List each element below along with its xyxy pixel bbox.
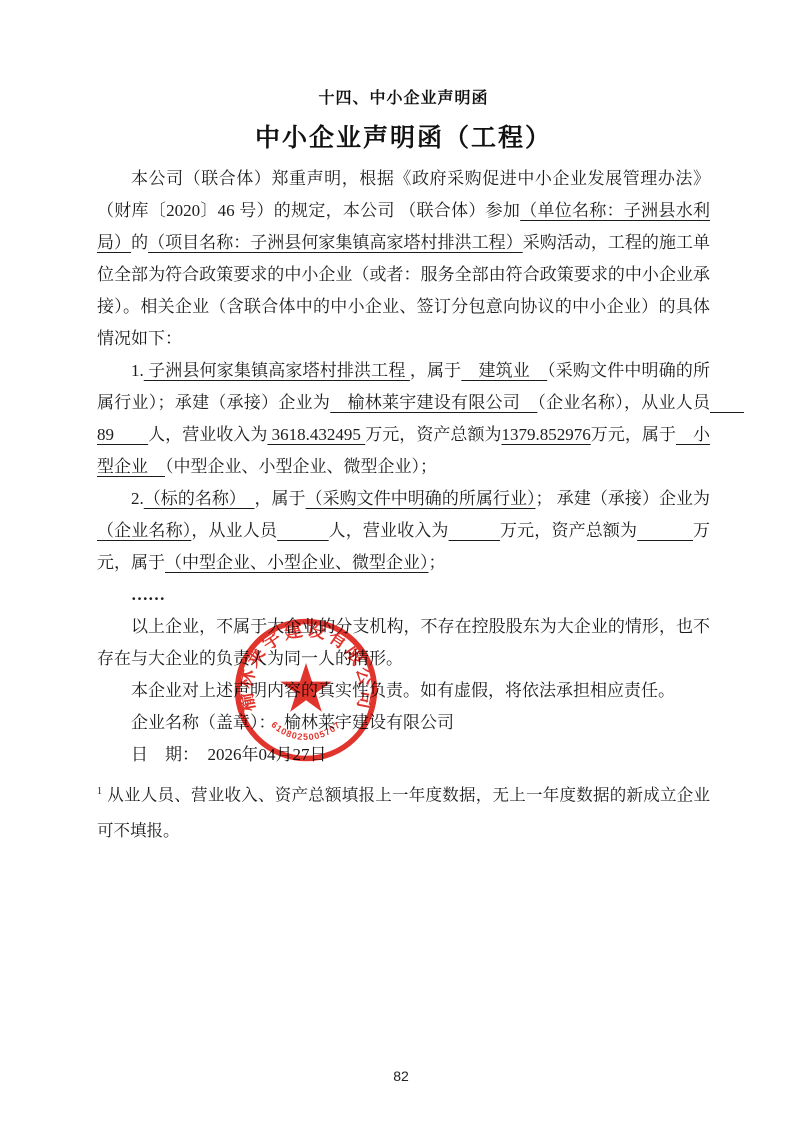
text-run: ；	[429, 553, 446, 572]
text-run: ，属于	[255, 489, 306, 508]
text-run: 的	[131, 233, 148, 252]
footnote-marker: 1	[97, 786, 102, 797]
filled-blank	[637, 521, 693, 540]
filled-blank: （企业名称）	[97, 521, 191, 540]
text-run: 人，营业收入为	[148, 425, 267, 444]
filled-blank	[449, 521, 500, 540]
document-title: 中小企业声明函（工程）	[97, 118, 710, 154]
text-run: 日 期： 2026年04月27日	[131, 745, 327, 764]
text-run: ； 承建（承接）企业为	[536, 489, 711, 508]
statement-responsibility: 本企业对上述声明内容的真实性负责。如有虚假，将依法承担相应责任。	[97, 675, 710, 707]
footnote-text: 从业人员、营业收入、资产总额填报上一年度数据，无上一年度数据的新成立企业可不填报…	[97, 786, 710, 840]
text-run: 本企业对上述声明内容的真实性负责。如有虚假，将依法承担相应责任。	[131, 681, 675, 700]
item-1: 1. 子洲县何家集镇高家塔村排洪工程 ，属于 建筑业 （采购文件中明确的所属行业…	[97, 355, 710, 483]
statement-no-large-enterprise: 以上企业，不属于大企业的分支机构，不存在控股股东为大企业的情形，也不存在与大企业…	[97, 611, 710, 675]
text-run: 万元，属于	[591, 425, 676, 444]
text-run: 万元，资产总额为	[500, 521, 637, 540]
footnote: 1从业人员、营业收入、资产总额填报上一年度数据，无上一年度数据的新成立企业可不填…	[97, 774, 710, 848]
text-run: 1.	[131, 361, 144, 380]
filled-blank: 子洲县何家集镇高家塔村排洪工程	[144, 361, 410, 380]
filled-blank: 3618.432495	[267, 425, 365, 444]
text-run: ……	[131, 585, 165, 604]
filled-blank: （中型企业、小型企业、微型企业）	[165, 553, 429, 572]
text-run: （企业名称），从业人员	[537, 393, 710, 412]
filled-blank: （采购文件中明确的所属行业）	[306, 489, 536, 508]
text-run: 2.	[131, 489, 144, 508]
ellipsis-line: ……	[97, 579, 710, 611]
text-run: 企业名称（盖章）： 榆林莱宇建设有限公司	[131, 713, 454, 732]
filled-blank: 1379.852976	[502, 425, 591, 444]
text-run: （中型企业、小型企业、微型企业）；	[165, 457, 437, 476]
section-heading: 十四、中小企业声明函	[97, 85, 710, 108]
text-run: 万元，资产总额为	[365, 425, 501, 444]
text-run: ，从业人员	[191, 521, 277, 540]
text-run: ，属于	[410, 361, 461, 380]
text-run: 以上企业，不属于大企业的分支机构，不存在控股股东为大企业的情形，也不存在与大企业…	[97, 617, 710, 668]
item-2: 2.（标的名称） ，属于（采购文件中明确的所属行业）； 承建（承接）企业为（企业…	[97, 483, 710, 579]
company-name-line: 企业名称（盖章）： 榆林莱宇建设有限公司	[97, 707, 710, 739]
page-number: 82	[0, 1068, 802, 1084]
filled-blank	[277, 521, 328, 540]
document-body: 本公司（联合体）郑重声明，根据《政府采购促进中小企业发展管理办法》（财库〔202…	[97, 163, 710, 771]
filled-blank: （项目名称：子洲县何家集镇高家塔村排洪工程）	[148, 233, 523, 252]
text-run: 人，营业收入为	[329, 521, 449, 540]
filled-blank: （标的名称）	[144, 489, 255, 508]
document-page: 十四、中小企业声明函 中小企业声明函（工程） 本公司（联合体）郑重声明，根据《政…	[0, 0, 802, 1132]
intro-paragraph: 本公司（联合体）郑重声明，根据《政府采购促进中小企业发展管理办法》（财库〔202…	[97, 163, 710, 355]
date-line: 日 期： 2026年04月27日	[97, 739, 710, 771]
filled-blank: 建筑业	[461, 361, 547, 380]
document-content: 十四、中小企业声明函 中小企业声明函（工程） 本公司（联合体）郑重声明，根据《政…	[97, 85, 710, 848]
filled-blank: 榆林莱宇建设有限公司	[330, 393, 537, 412]
